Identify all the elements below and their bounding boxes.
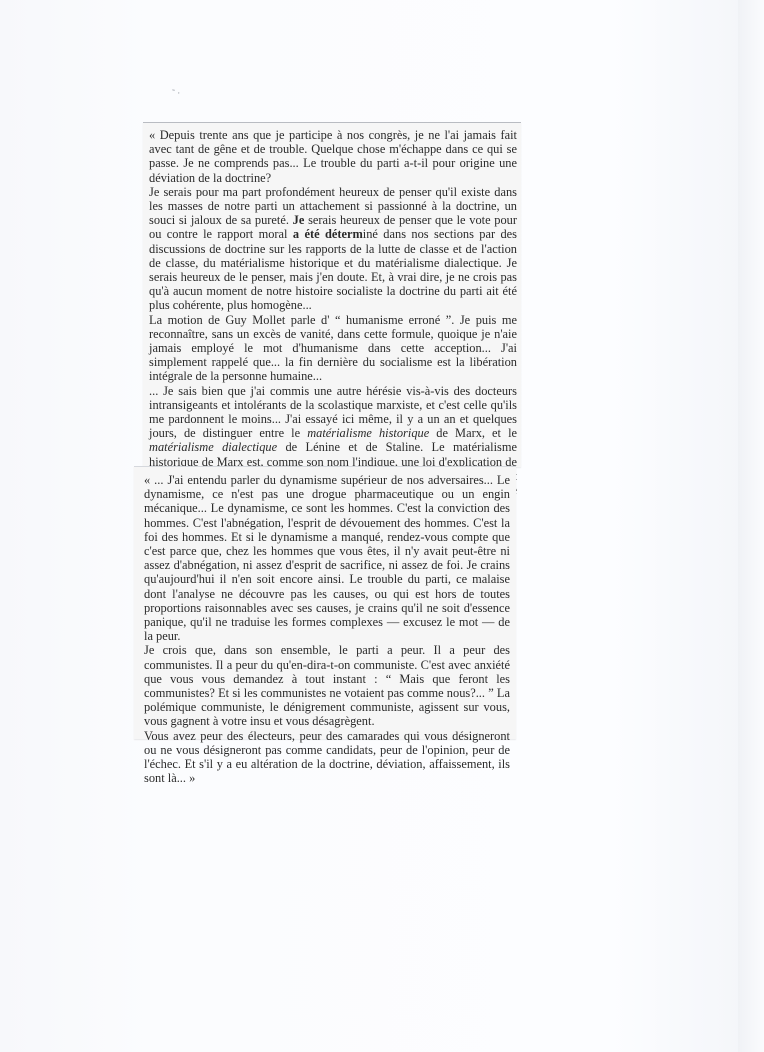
page-edge-shadow: [738, 0, 764, 1052]
text-segment: Je crois que, dans son ensemble, le part…: [144, 643, 510, 728]
text-segment: « ... J'ai entendu parler du dynamisme s…: [144, 473, 510, 643]
clipping-2-paragraph-1: « ... J'ai entendu parler du dynamisme s…: [144, 473, 510, 643]
text-segment: La motion de Guy Mollet parle d' “ human…: [149, 313, 517, 384]
text-segment: de Marx, et le: [429, 426, 517, 440]
newspaper-clipping-1: « Depuis trente ans que je participe à n…: [143, 122, 521, 467]
scan-speck-mark: ˜ ·: [172, 89, 180, 98]
text-segment: Vous avez peur des électeurs, peur des c…: [144, 729, 510, 786]
italic-text-segment: matérialisme historique: [307, 426, 429, 440]
newspaper-clipping-2: « ... J'ai entendu parler du dynamisme s…: [134, 466, 516, 739]
clipping-1-paragraph-1: « Depuis trente ans que je participe à n…: [149, 128, 517, 185]
italic-text-segment: matérialisme dialectique: [149, 440, 277, 454]
text-segment: « Depuis trente ans que je participe à n…: [149, 128, 517, 185]
clipping-2-paragraph-2: Je crois que, dans son ensemble, le part…: [144, 643, 510, 728]
bold-text-segment: Je: [293, 213, 305, 227]
clipping-2-paragraph-3: Vous avez peur des électeurs, peur des c…: [144, 729, 510, 786]
clipping-1-text: « Depuis trente ans que je participe à n…: [149, 128, 517, 511]
clipping-2-text: « ... J'ai entendu parler du dynamisme s…: [144, 473, 510, 785]
scanned-page: ˜ · « Depuis trente ans que je participe…: [0, 0, 764, 1052]
clipping-1-paragraph-3: La motion de Guy Mollet parle d' “ human…: [149, 313, 517, 384]
clipping-1-paragraph-2: Je serais pour ma part profondément heur…: [149, 185, 517, 313]
bold-text-segment: a été déterm: [293, 227, 363, 241]
